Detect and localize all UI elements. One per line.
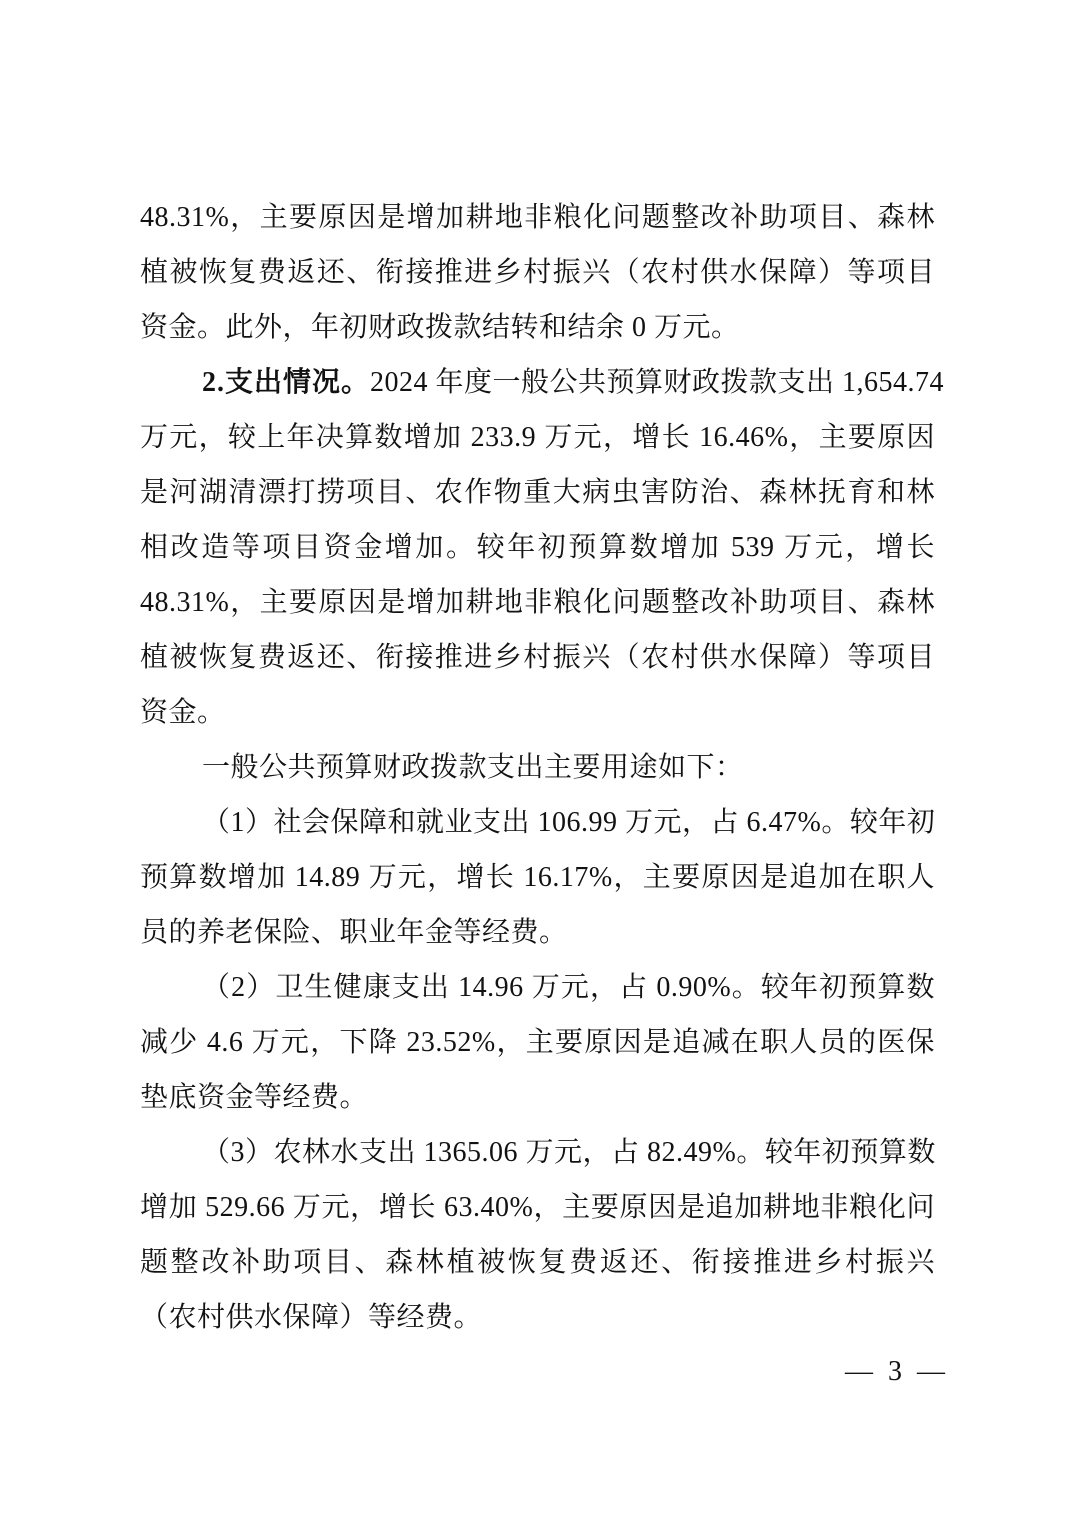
document-body: 48.31%，主要原因是增加耕地非粮化问题整改补助项目、森林植被恢复费返还、衔接… [140,190,935,1345]
text-line: 减少 4.6 万元，下降 23.52%，主要原因是追减在职人员的医保 [140,1015,935,1070]
text-line: 是河湖清漂打捞项目、农作物重大病虫害防治、森林抚育和林 [140,465,935,520]
text-line: 相改造等项目资金增加。较年初预算数增加 539 万元，增长 [140,520,935,575]
text-line: 一般公共预算财政拨款支出主要用途如下： [140,740,935,795]
text-line: 预算数增加 14.89 万元，增长 16.17%，主要原因是追加在职人 [140,850,935,905]
text-line: （农村供水保障）等经费。 [140,1290,935,1345]
text-line: （1）社会保障和就业支出 106.99 万元，占 6.47%。较年初 [140,795,935,850]
text-line: 员的养老保险、职业年金等经费。 [140,905,935,960]
page-number: — 3 — [845,1352,949,1392]
text-line: （2）卫生健康支出 14.96 万元，占 0.90%。较年初预算数 [140,960,935,1015]
text-line: 题整改补助项目、森林植被恢复费返还、衔接推进乡村振兴 [140,1235,935,1290]
text-line: 垫底资金等经费。 [140,1070,935,1125]
text-line: 增加 529.66 万元，增长 63.40%，主要原因是追加耕地非粮化问 [140,1180,935,1235]
text-line: 万元，较上年决算数增加 233.9 万元，增长 16.46%，主要原因 [140,410,935,465]
text-line: 植被恢复费返还、衔接推进乡村振兴（农村供水保障）等项目 [140,630,935,685]
text-line: 48.31%，主要原因是增加耕地非粮化问题整改补助项目、森林 [140,190,935,245]
text-line: 植被恢复费返还、衔接推进乡村振兴（农村供水保障）等项目 [140,245,935,300]
text-line: 2.支出情况。2024 年度一般公共预算财政拨款支出 1,654.74 [140,355,935,410]
text-line: 资金。 [140,685,935,740]
text-line: 资金。此外，年初财政拨款结转和结余 0 万元。 [140,300,935,355]
text-line: （3）农林水支出 1365.06 万元，占 82.49%。较年初预算数 [140,1125,935,1180]
document-page: 48.31%，主要原因是增加耕地非粮化问题整改补助项目、森林植被恢复费返还、衔接… [0,0,1074,1520]
text-line: 48.31%，主要原因是增加耕地非粮化问题整改补助项目、森林 [140,575,935,630]
paragraph-heading: 2.支出情况。 [202,367,370,398]
